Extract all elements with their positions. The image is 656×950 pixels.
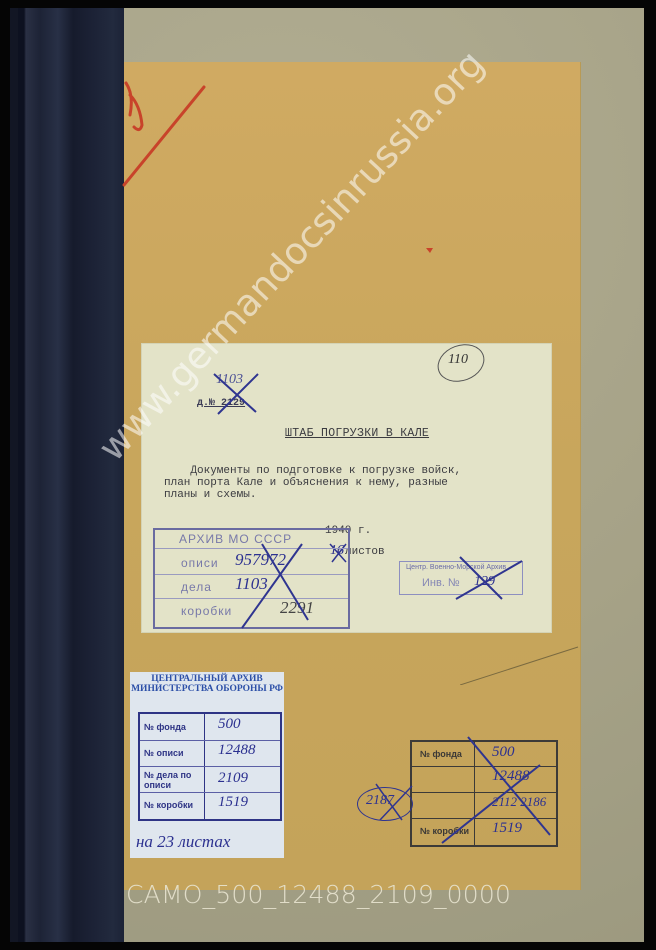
cross-out-mark — [400, 735, 560, 845]
circled-number-value: 110 — [448, 352, 468, 368]
cross-out-mark — [372, 780, 416, 824]
card-sheets-note: на 23 листах — [136, 832, 230, 852]
card-label-delo: № дела по описи — [144, 770, 204, 790]
cross-out-mark — [452, 555, 524, 603]
card-value-fond: 500 — [218, 716, 241, 733]
card-value-opis: 12488 — [218, 742, 256, 759]
binding-spine — [18, 8, 126, 942]
card-label-box: № коробки — [144, 800, 193, 810]
file-title: ШТАБ ПОГРУЗКИ В КАЛЕ — [285, 427, 429, 440]
card-table: № фонда 500 № описи 12488 № дела по опис… — [138, 712, 282, 821]
card-value-box: 1519 — [218, 794, 248, 811]
stamp-box-label: коробки — [181, 604, 232, 618]
card-value-delo: 2109 — [218, 770, 248, 787]
card-label-fond: № фонда — [144, 722, 186, 732]
stamp-opis-label: описи — [181, 556, 219, 570]
red-dot-mark — [425, 247, 435, 255]
red-pencil-mark — [120, 75, 220, 195]
image-caption: CAMO_500_12488_2109_0000 — [126, 880, 511, 909]
file-description: Документы по подготовке к погрузке войск… — [164, 465, 524, 501]
archive-card: ЦЕНТРАЛЬНЫЙ АРХИВ МИНИСТЕРСТВА ОБОРОНЫ Р… — [130, 672, 284, 858]
cross-out-mark — [212, 370, 262, 416]
pencil-line — [460, 645, 580, 685]
sheets-label: листов — [345, 546, 385, 558]
cross-out-mark — [232, 540, 312, 630]
card-header-line2: МИНИСТЕРСТВА ОБОРОНЫ РФ — [130, 684, 284, 694]
card-header-line1: ЦЕНТРАЛЬНЫЙ АРХИВ — [130, 674, 284, 684]
card-label-opis: № описи — [144, 748, 184, 758]
stamp-delo-label: дела — [181, 580, 212, 594]
binding-spine-edge — [10, 8, 18, 942]
card-header: ЦЕНТРАЛЬНЫЙ АРХИВ МИНИСТЕРСТВА ОБОРОНЫ Р… — [130, 674, 284, 694]
